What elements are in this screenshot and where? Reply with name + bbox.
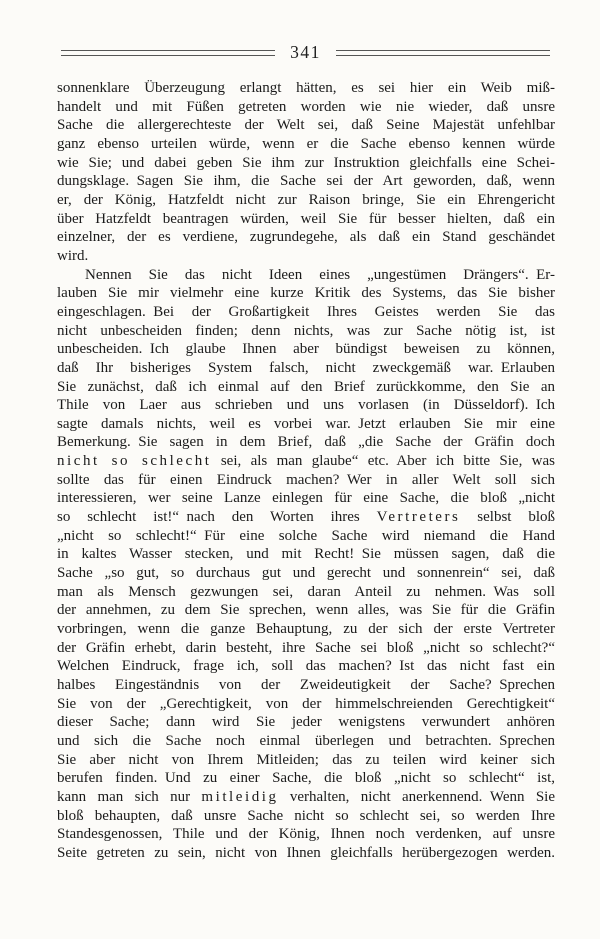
text-line: kann man sich nur mitleidig verhalten, n… [57,788,555,807]
text-segment: sei, als man glaube“ etc. Aber ich bitte… [212,453,555,469]
text-segment: sagte damals nichts, weil es vorbei war.… [57,416,555,432]
text-segment: man als Mensch gezwungen sei, daran Ante… [57,584,555,600]
text-segment: Sie aber nicht von Ihrem Mitleiden; das … [57,752,555,768]
emphasized-text: nicht so schlecht [57,453,212,469]
emphasized-text: Vertreters [377,509,461,525]
text-segment: Sache die allergerechteste der Welt sei,… [57,117,555,133]
text-line: so schlecht ist!“ nach den Worten ihres … [57,508,555,527]
text-segment: Nennen Sie das nicht Ideen eines „ungest… [85,267,555,283]
text-line: der Gräfin erhebt, darin besteht, ihre S… [57,639,555,658]
text-segment: verhalten, nicht anerkennend. Wenn Sie [279,789,555,805]
text-segment: interessieren, wer seine Lanze einlegen … [57,490,555,506]
text-line: daß Ihr bisheriges System falsch, nicht … [57,359,555,378]
text-line: berufen finden. Und zu einer Sache, die … [57,769,555,788]
text-segment: über Hatzfeldt beantragen würden, weil S… [57,211,555,227]
text-line: unbescheiden. Ich glaube Ihnen aber bünd… [57,340,555,359]
text-segment: handelt und mit Füßen getreten worden wi… [57,99,555,115]
text-segment: nicht unbescheiden finden; denn nichts, … [57,323,555,339]
double-rule-right [336,50,550,56]
text-segment: und sich die Sache noch einmal überlegen… [57,733,555,749]
text-line: Sache die allergerechteste der Welt sei,… [57,116,555,135]
text-line: über Hatzfeldt beantragen würden, weil S… [57,210,555,229]
text-segment: Sache „so gut, so durchaus gut und gerec… [57,565,555,581]
text-line: sollte das für einen Eindruck machen? We… [57,471,555,490]
text-segment: selbst bloß [460,509,555,525]
text-line: halbes Eingeständnis von der Zweideutigk… [57,676,555,695]
text-line: Bemerkung. Sie sagen in dem Brief, daß „… [57,433,555,452]
text-line: Sie aber nicht von Ihrem Mitleiden; das … [57,751,555,770]
text-line: handelt und mit Füßen getreten worden wi… [57,98,555,117]
text-segment: Sie zunächst, daß ich einmal auf den Bri… [57,379,555,395]
text-segment: wird. [57,248,88,264]
text-segment: er, der König, Hatzfeldt nicht zur Raiso… [57,192,555,208]
text-block: sonnenklare Überzeugung erlangt hätten, … [57,79,555,863]
text-line: Sache „so gut, so durchaus gut und gerec… [57,564,555,583]
text-line: nicht so schlecht sei, als man glaube“ e… [57,452,555,471]
text-line: eingeschlagen. Bei der Großartigkeit Ihr… [57,303,555,322]
text-line: Welchen Eindruck, frage ich, soll das ma… [57,657,555,676]
double-rule-left [61,50,275,56]
text-segment: vorbringen, wenn die ganze Behauptung, z… [57,621,555,637]
text-line: in kaltes Wasser stecken, und mit Recht!… [57,545,555,564]
text-segment: dungsklage. Sagen Sie ihm, die Sache sei… [57,173,555,189]
text-segment: unbescheiden. Ich glaube Ihnen aber bünd… [57,341,555,357]
text-line: dungsklage. Sagen Sie ihm, die Sache sei… [57,172,555,191]
text-line: Standesgenossen, Thile und der König, Ih… [57,825,555,844]
text-segment: lauben Sie mir vielmehr eine kurze Kriti… [57,285,555,301]
text-line: Seite getreten zu sein, nicht von Ihnen … [57,844,555,863]
text-line: sonnenklare Überzeugung erlangt hätten, … [57,79,555,98]
text-segment: Thile von Laer aus schrieben und uns vor… [57,397,555,413]
text-line: nicht unbescheiden finden; denn nichts, … [57,322,555,341]
text-line: vorbringen, wenn die ganze Behauptung, z… [57,620,555,639]
text-segment: der annehmen, zu dem Sie sprechen, wenn … [57,602,555,618]
text-line: Sie zunächst, daß ich einmal auf den Bri… [57,378,555,397]
text-segment: ganz ebenso urteilen würde, wenn er die … [57,136,555,152]
text-line: und sich die Sache noch einmal überlegen… [57,732,555,751]
text-line: interessieren, wer seine Lanze einlegen … [57,489,555,508]
text-segment: sonnenklare Überzeugung erlangt hätten, … [57,80,555,96]
text-segment: Bemerkung. Sie sagen in dem Brief, daß „… [57,434,555,450]
text-line: sagte damals nichts, weil es vorbei war.… [57,415,555,434]
book-page: 341 sonnenklare Überzeugung erlangt hätt… [0,0,600,939]
text-segment: so schlecht ist!“ nach den Worten ihres [57,509,377,525]
text-line: man als Mensch gezwungen sei, daran Ante… [57,583,555,602]
text-segment: berufen finden. Und zu einer Sache, die … [57,770,555,786]
text-line: Thile von Laer aus schrieben und uns vor… [57,396,555,415]
text-line: wird. [57,247,555,266]
text-segment: Standesgenossen, Thile und der König, Ih… [57,826,555,842]
text-segment: kann man sich nur [57,789,201,805]
text-segment: in kaltes Wasser stecken, und mit Recht!… [57,546,555,562]
text-segment: bloß behaupten, daß unsre Sache nicht so… [57,808,555,824]
text-segment: einzelner, der es verdiene, zugrundegehe… [57,229,555,245]
text-line: er, der König, Hatzfeldt nicht zur Raiso… [57,191,555,210]
page-number: 341 [286,43,325,61]
text-segment: Welchen Eindruck, frage ich, soll das ma… [57,658,555,674]
page-header: 341 [61,44,550,62]
text-line: lauben Sie mir vielmehr eine kurze Kriti… [57,284,555,303]
text-segment: dieser Sache; dann wird Sie jeder wenigs… [57,714,555,730]
text-segment: eingeschlagen. Bei der Großartigkeit Ihr… [57,304,555,320]
text-line: dieser Sache; dann wird Sie jeder wenigs… [57,713,555,732]
text-segment: halbes Eingeständnis von der Zweideutigk… [57,677,555,693]
text-segment: Sie von der „Gerechtigkeit, von der himm… [57,696,555,712]
text-line: ganz ebenso urteilen würde, wenn er die … [57,135,555,154]
text-segment: daß Ihr bisheriges System falsch, nicht … [57,360,555,376]
text-line: „nicht so schlecht!“ Für eine solche Sac… [57,527,555,546]
text-segment: sollte das für einen Eindruck machen? We… [57,472,555,488]
text-line: Nennen Sie das nicht Ideen eines „ungest… [57,266,555,285]
text-segment: wie Sie; und dabei geben Sie ihm zur Ins… [57,155,555,171]
text-line: Sie von der „Gerechtigkeit, von der himm… [57,695,555,714]
text-segment: Seite getreten zu sein, nicht von Ihnen … [57,845,555,861]
text-line: einzelner, der es verdiene, zugrundegehe… [57,228,555,247]
emphasized-text: mitleidig [201,789,278,805]
text-segment: der Gräfin erhebt, darin besteht, ihre S… [57,640,555,656]
text-line: bloß behaupten, daß unsre Sache nicht so… [57,807,555,826]
text-segment: „nicht so schlecht!“ Für eine solche Sac… [57,528,555,544]
text-line: der annehmen, zu dem Sie sprechen, wenn … [57,601,555,620]
text-line: wie Sie; und dabei geben Sie ihm zur Ins… [57,154,555,173]
